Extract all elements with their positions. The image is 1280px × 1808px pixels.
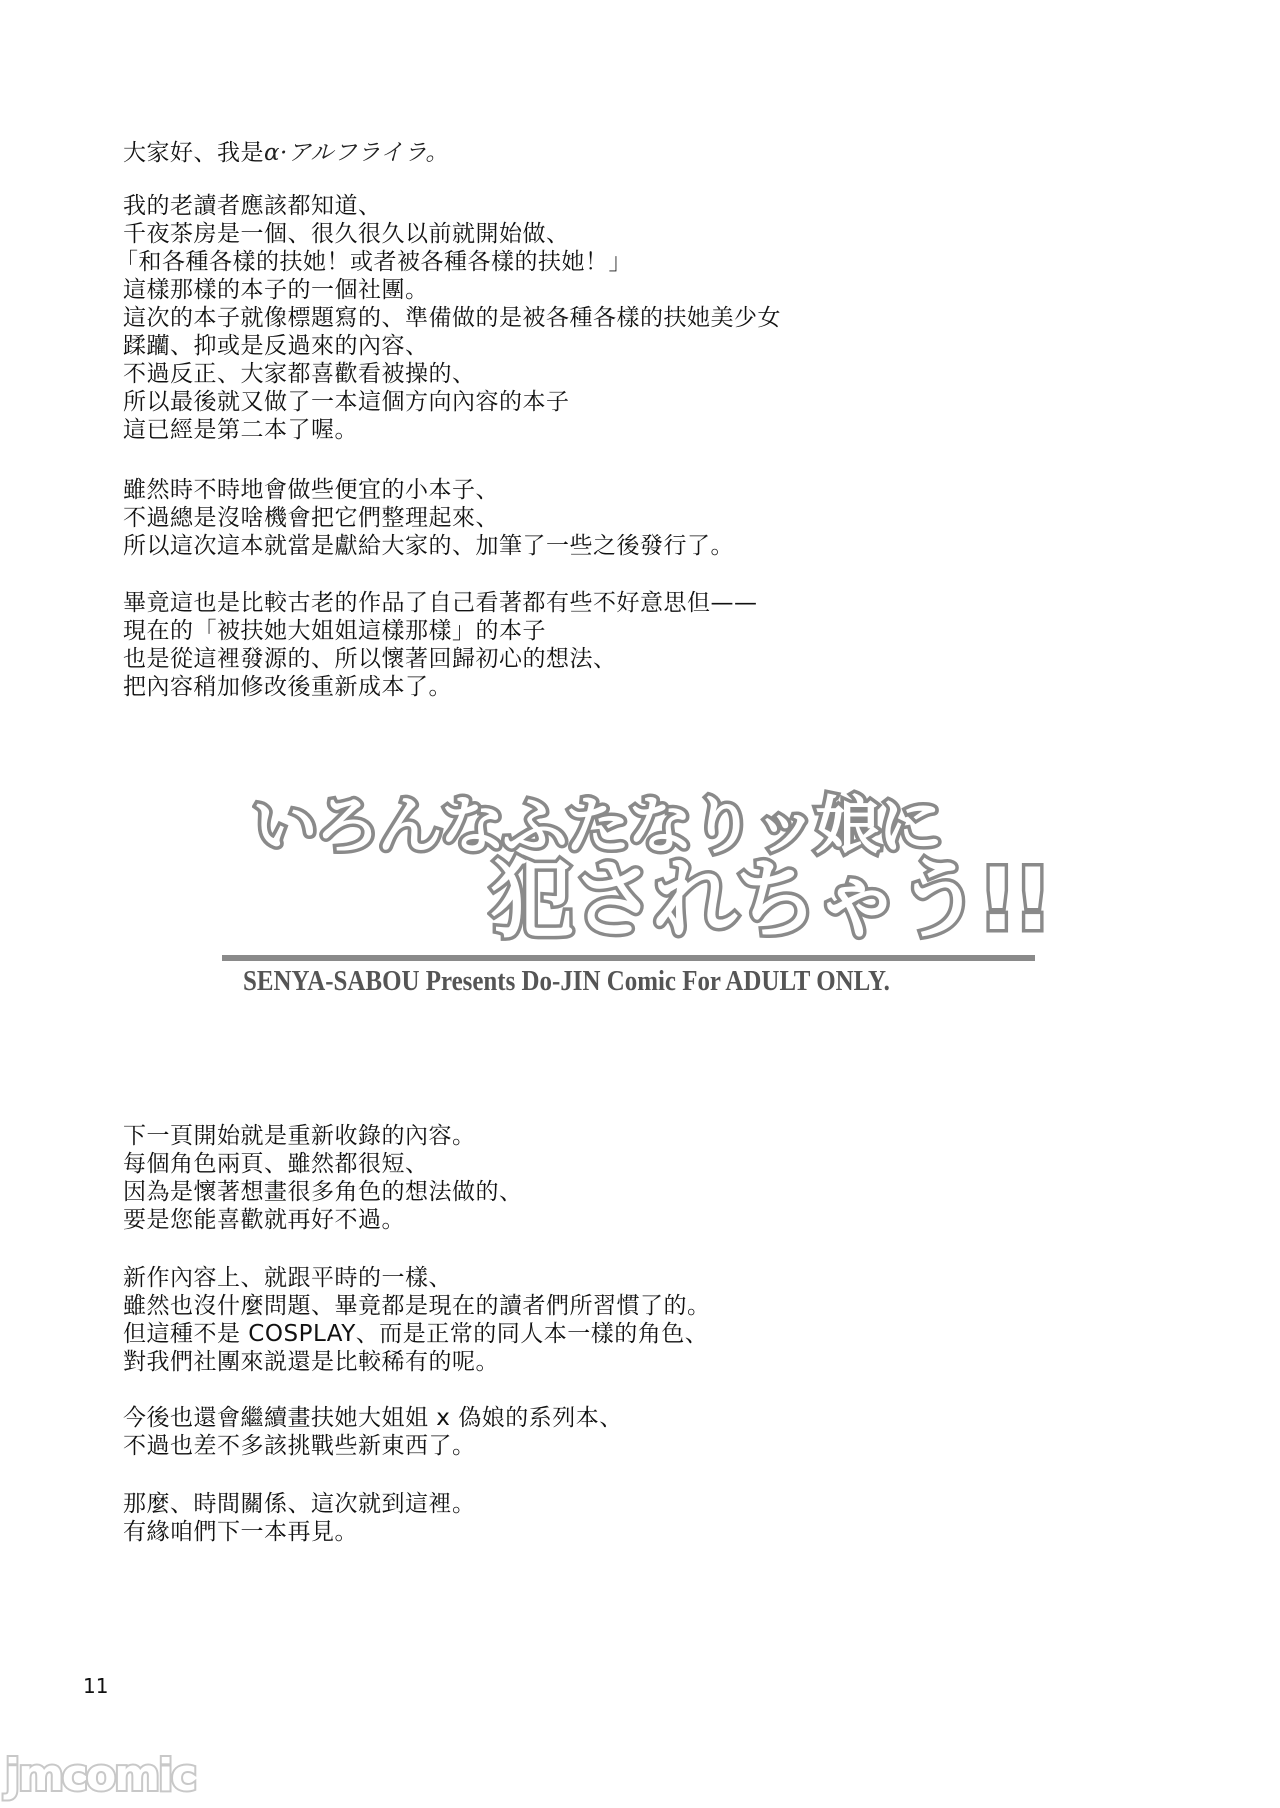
paragraph-new-content: 新作內容上、就跟平時的一樣、 雖然也沒什麼問題、畢竟都是現在的讀者們所習慣了的。…	[123, 1264, 711, 1376]
text-line: 「和各種各樣的扶她！或者被各種各樣的扶她！」	[115, 248, 781, 276]
text-line: 不過也差不多該挑戰些新東西了。	[123, 1432, 623, 1460]
text-line: 我的老讀者應該都知道、	[123, 192, 781, 220]
text-line: 要是您能喜歡就再好不過。	[123, 1206, 523, 1234]
paragraph-farewell: 那麼、時間關係、這次就到這裡。 有緣咱們下一本再見。	[123, 1490, 476, 1546]
text-line: 這已經是第二本了喔。	[123, 416, 781, 444]
comic-page: 大家好、我是α·アルフライラ。 我的老讀者應該都知道、 千夜茶房是一個、很久很久…	[0, 0, 1280, 1808]
text-line: 那麼、時間關係、這次就到這裡。	[123, 1490, 476, 1518]
text-line: 所以最後就又做了一本這個方向內容的本子	[123, 388, 781, 416]
paragraph-intro: 我的老讀者應該都知道、 千夜茶房是一個、很久很久以前就開始做、 「和各種各樣的扶…	[123, 192, 781, 444]
text-line: 也是從這裡發源的、所以懷著回歸初心的想法、	[123, 645, 758, 673]
text-line: 下一頁開始就是重新收錄的內容。	[123, 1122, 523, 1150]
paragraph-small-books: 雖然時不時地會做些便宜的小本子、 不過總是沒啥機會把它們整理起來、 所以這次這本…	[123, 476, 734, 560]
text-line: 對我們社團來説還是比較稀有的呢。	[123, 1348, 711, 1376]
text-line: 不過總是沒啥機會把它們整理起來、	[123, 504, 734, 532]
text-line: 新作內容上、就跟平時的一樣、	[123, 1264, 711, 1292]
text-line: 但這種不是 COSPLAY、而是正常的同人本一樣的角色、	[123, 1320, 711, 1348]
title-divider	[222, 955, 1035, 961]
text-line: 這樣那樣的本子的一個社團。	[123, 276, 781, 304]
text-line: 所以這次這本就當是獻給大家的、加筆了一些之後發行了。	[123, 532, 734, 560]
text-line: 不過反正、大家都喜歡看被操的、	[123, 360, 781, 388]
text-line: 雖然時不時地會做些便宜的小本子、	[123, 476, 734, 504]
author-signature: α·アルフライラ。	[264, 140, 449, 166]
text-line: 每個角色兩頁、雖然都很短、	[123, 1150, 523, 1178]
text-line: 因為是懷著想畫很多角色的想法做的、	[123, 1178, 523, 1206]
paragraph-rerecorded: 下一頁開始就是重新收錄的內容。 每個角色兩頁、雖然都很短、 因為是懷著想畫很多角…	[123, 1122, 523, 1234]
text-line: 這次的本子就像標題寫的、準備做的是被各種各樣的扶她美少女	[123, 304, 781, 332]
text-line: 千夜茶房是一個、很久很久以前就開始做、	[123, 220, 781, 248]
text-line: 現在的「被扶她大姐姐這樣那樣」的本子	[123, 617, 758, 645]
page-number: 11	[83, 1674, 108, 1698]
paragraph-origin: 畢竟這也是比較古老的作品了自己看著都有些不好意思但—— 現在的「被扶她大姐姐這樣…	[123, 589, 758, 701]
text-line: 有緣咱們下一本再見。	[123, 1518, 476, 1546]
paragraph-future: 今後也還會繼續畫扶她大姐姐 x 偽娘的系列本、 不過也差不多該挑戰些新東西了。	[123, 1404, 623, 1460]
title-subtitle: SENYA-SABOU Presents Do-JIN Comic For AD…	[243, 964, 890, 998]
text-line: 今後也還會繼續畫扶她大姐姐 x 偽娘的系列本、	[123, 1404, 623, 1432]
greeting-text: 大家好、我是	[123, 140, 264, 166]
text-line: 雖然也沒什麼問題、畢竟都是現在的讀者們所習慣了的。	[123, 1292, 711, 1320]
text-line: 蹂躪、抑或是反過來的內容、	[123, 332, 781, 360]
title-line-2: 犯されちゃう!!	[490, 850, 1049, 950]
text-line: 把內容稍加修改後重新成本了。	[123, 673, 758, 701]
greeting-line: 大家好、我是α·アルフライラ。	[123, 139, 449, 167]
text-line: 畢竟這也是比較古老的作品了自己看著都有些不好意思但——	[123, 589, 758, 617]
watermark-logo: jmcomic	[5, 1752, 195, 1800]
greeting-block: 大家好、我是α·アルフライラ。	[123, 139, 449, 167]
